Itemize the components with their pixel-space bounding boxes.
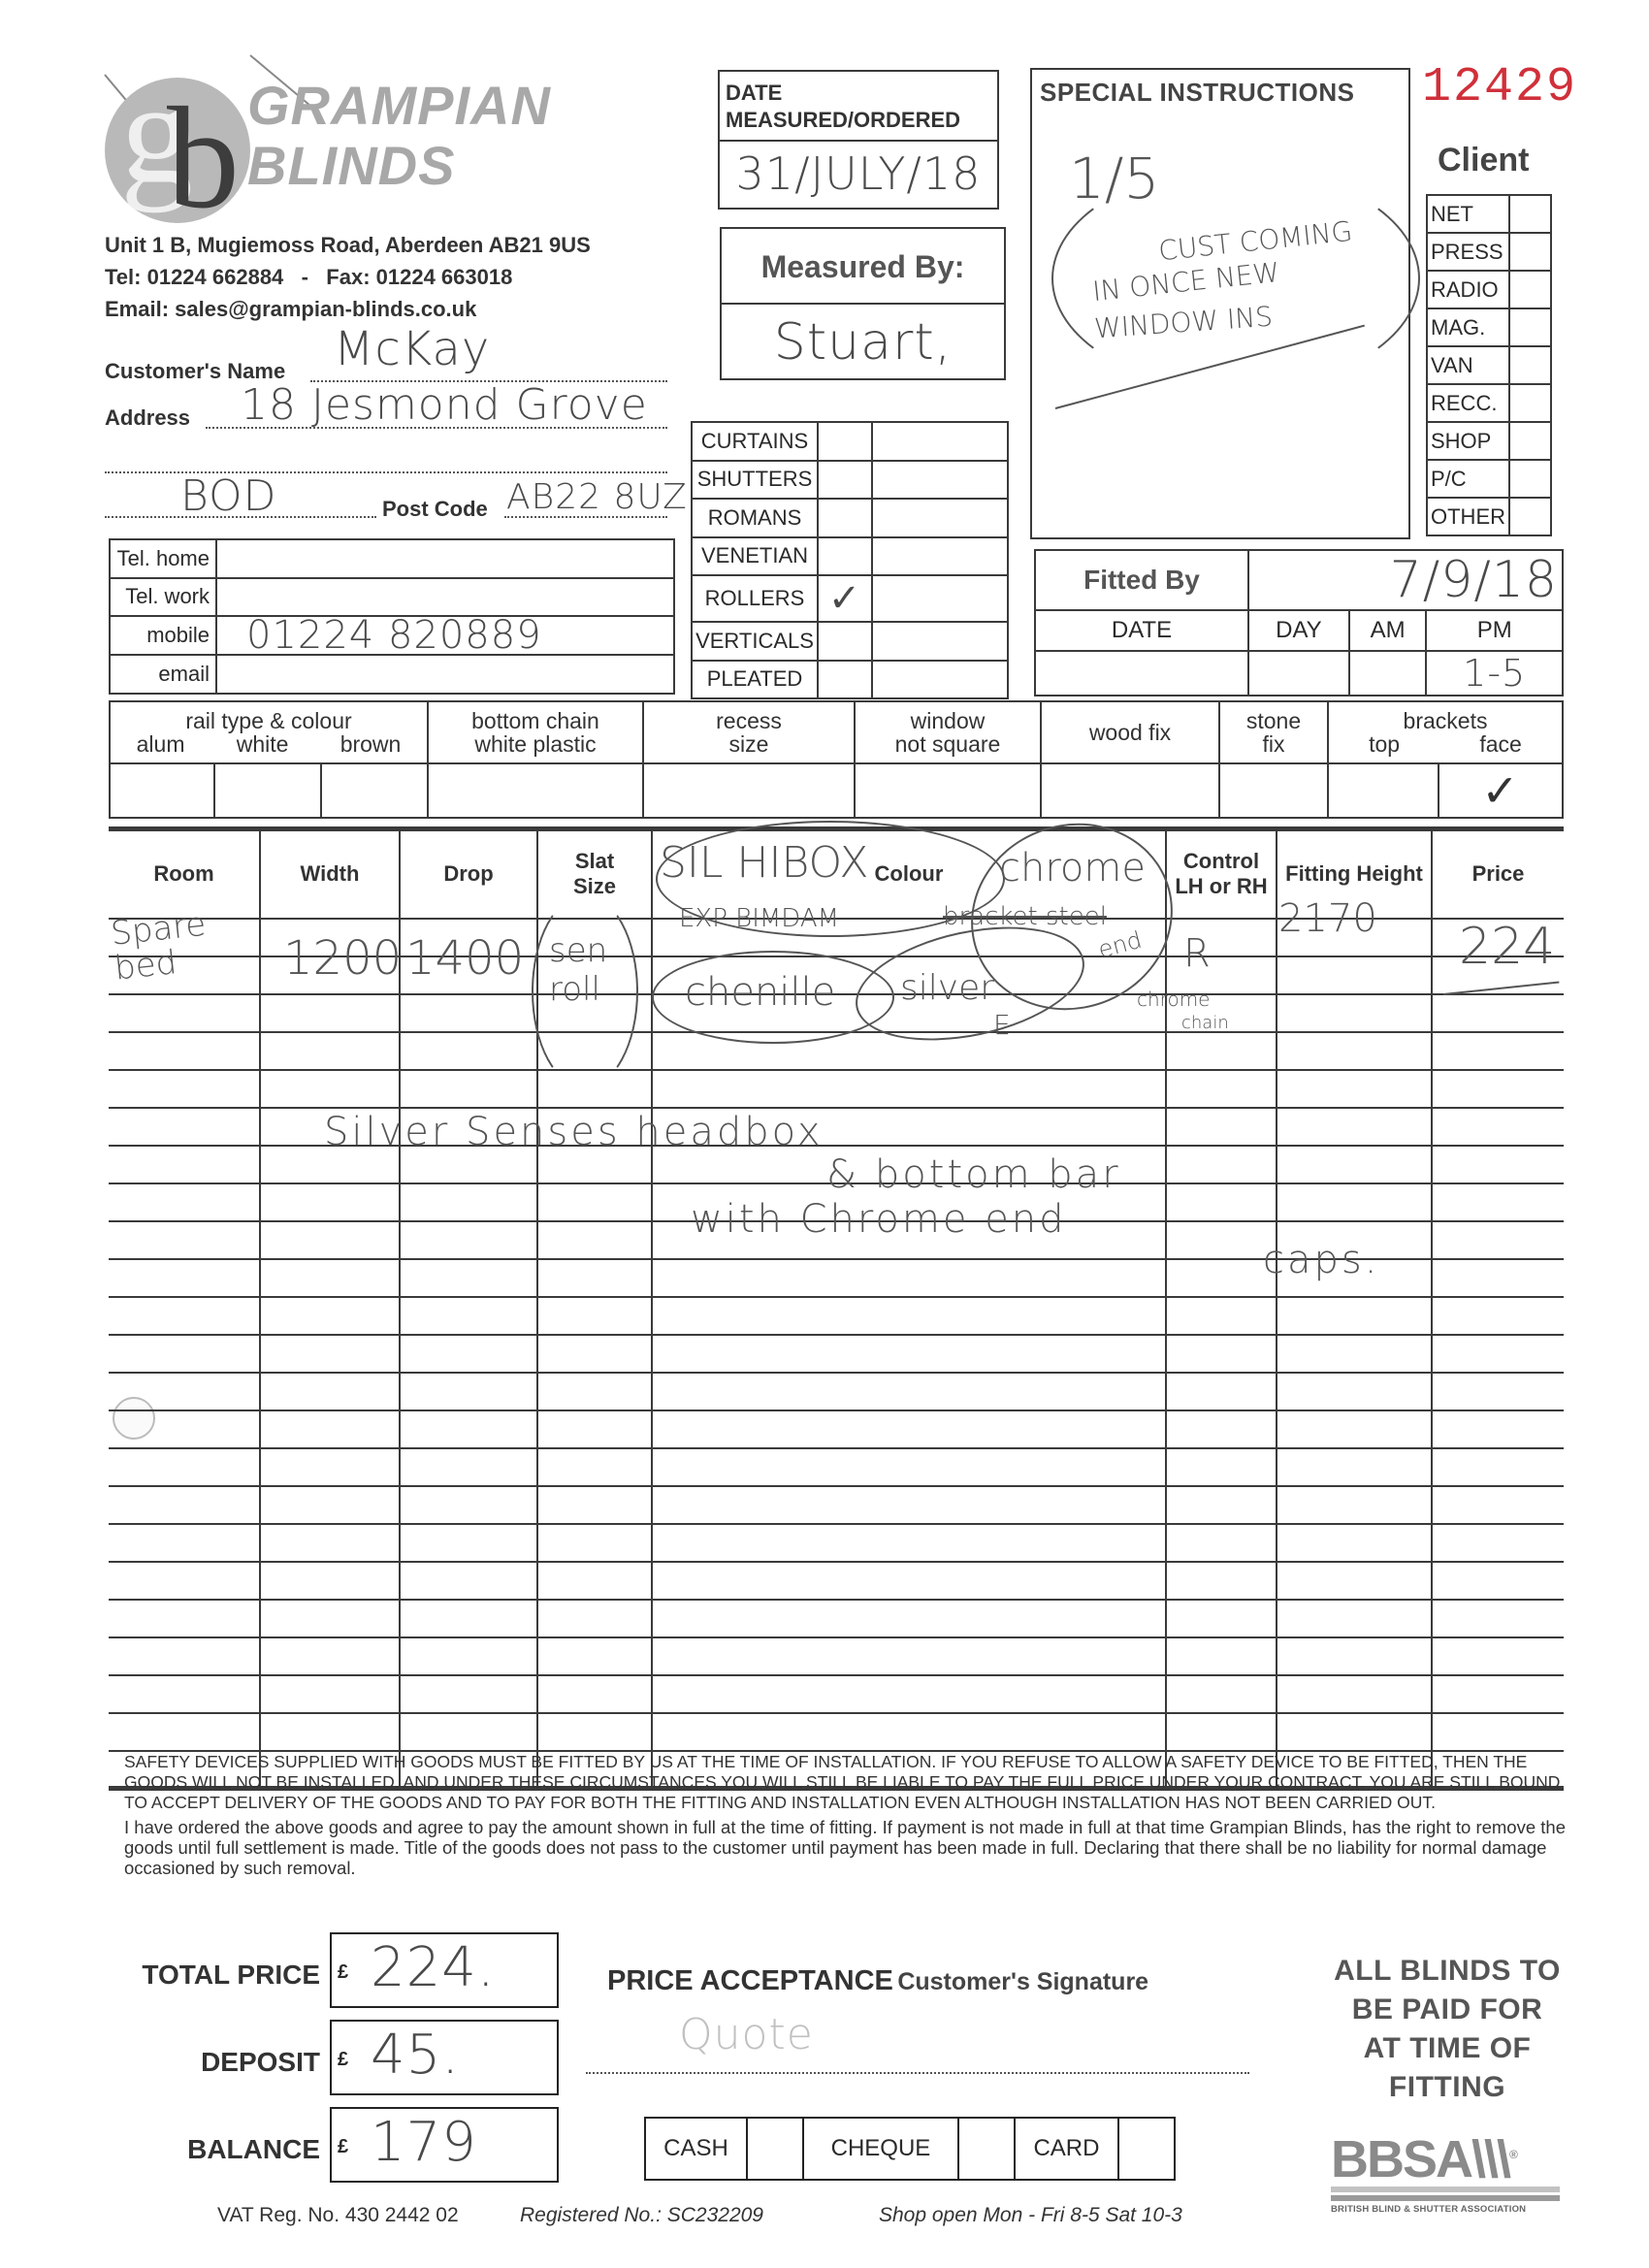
cell-fitting-height[interactable] [1277, 1637, 1432, 1675]
client-source-label: SHOP [1427, 422, 1509, 460]
product-label: VENETIAN [692, 537, 818, 576]
item-note-line-4[interactable]: caps. [1263, 1238, 1379, 1282]
cell-colour[interactable] [652, 1410, 1166, 1448]
cell-room[interactable] [109, 1070, 260, 1108]
client-source-table: NET PRESS RADIO MAG. VAN RECC. SHOP P/C … [1426, 194, 1552, 536]
cell-control[interactable] [1166, 1032, 1277, 1070]
table-row [109, 1600, 1564, 1637]
cell-width[interactable] [260, 1221, 400, 1259]
cell-drop[interactable] [400, 994, 537, 1032]
rail-alum-label: alum [137, 732, 185, 756]
product-type-table: CURTAINS SHUTTERS ROMANS VENETIAN ROLLER… [691, 421, 1009, 699]
customer-name-field[interactable]: McKay [334, 322, 490, 376]
table-row [109, 1335, 1564, 1373]
cell-fitting-height[interactable] [1277, 956, 1432, 994]
item-note-line-1[interactable]: Silver Senses headbox [324, 1110, 824, 1154]
cell-fitting-height[interactable] [1277, 1183, 1432, 1221]
total-price-box: £ 224. [330, 1932, 559, 2008]
cell-drop[interactable] [400, 1562, 537, 1600]
window-not-square-header: windownot square [855, 701, 1041, 763]
product-row: ROMANS [692, 499, 1008, 537]
company-email: Email: sales@grampian-blinds.co.uk [105, 293, 591, 325]
product-checkbox[interactable] [818, 661, 872, 699]
cell-control[interactable] [1166, 1713, 1277, 1751]
product-row: ROLLERS✓ [692, 575, 1008, 622]
cell-colour[interactable] [652, 1562, 1166, 1600]
cell-colour[interactable] [652, 1297, 1166, 1335]
cell-slat[interactable] [537, 1486, 652, 1524]
cell-control[interactable] [1166, 1675, 1277, 1713]
product-label: ROMANS [692, 499, 818, 537]
cell-fitting-height[interactable] [1277, 1032, 1432, 1070]
cell-control[interactable] [1166, 1221, 1277, 1259]
client-source-row: RECC. [1427, 384, 1551, 422]
shop-hours: Shop open Mon - Fri 8-5 Sat 10-3 [879, 2204, 1182, 2227]
fitted-day-field[interactable] [1248, 651, 1349, 696]
contact-label: email [110, 655, 216, 694]
client-source-checkbox[interactable] [1509, 195, 1551, 233]
rail-alum-field[interactable] [110, 763, 214, 818]
deposit-field[interactable]: 45. [371, 2024, 460, 2087]
brackets-top-field[interactable] [1328, 763, 1439, 818]
cell-control[interactable] [1166, 1524, 1277, 1562]
cell-drop[interactable] [400, 1373, 537, 1410]
client-source-label: P/C [1427, 460, 1509, 498]
product-checkbox[interactable] [818, 622, 872, 661]
cell-room[interactable] [109, 1259, 260, 1297]
cell-room[interactable] [109, 1032, 260, 1070]
cell-slat[interactable] [537, 1297, 652, 1335]
logo-letter-b: b [167, 85, 240, 231]
client-source-row: PRESS [1427, 233, 1551, 271]
company-logo-text: GRAMPIAN BLINDS [247, 76, 551, 196]
table-row [109, 1070, 1564, 1108]
fitted-by-date-field[interactable]: 7/9/18 [1248, 550, 1563, 610]
company-phone: Tel: 01224 662884 - Fax: 01224 663018 [105, 261, 591, 293]
cell-colour[interactable] [652, 1335, 1166, 1373]
currency-symbol: £ [338, 2049, 348, 2071]
terms-and-conditions: SAFETY DEVICES SUPPLIED WITH GOODS MUST … [124, 1752, 1579, 1882]
cell-drop[interactable] [400, 1486, 537, 1524]
cell-width[interactable] [260, 1259, 400, 1297]
address-line-1-field[interactable]: 18 Jesmond Grove [241, 380, 648, 430]
cell-price[interactable] [1432, 1221, 1564, 1259]
company-address: Unit 1 B, Mugiemoss Road, Aberdeen AB21 … [105, 229, 591, 261]
cell-colour[interactable] [652, 1070, 1166, 1108]
date-measured-value[interactable]: 31/JULY/18 [720, 142, 997, 200]
cell-width[interactable] [260, 1410, 400, 1448]
cell-slat[interactable] [537, 1183, 652, 1221]
client-source-checkbox[interactable] [1509, 384, 1551, 422]
cell-drop[interactable] [400, 1070, 537, 1108]
cell-width[interactable] [260, 1183, 400, 1221]
cell-price[interactable] [1432, 1637, 1564, 1675]
payment-cheque-checkbox[interactable] [958, 2118, 1015, 2180]
product-notes[interactable] [872, 661, 1008, 699]
payment-card-checkbox[interactable] [1118, 2118, 1175, 2180]
cell-fitting-height[interactable] [1277, 1373, 1432, 1410]
company-name-line1: GRAMPIAN [247, 76, 551, 136]
product-checkbox[interactable] [818, 422, 872, 461]
col-width: Width [260, 829, 400, 919]
cell-colour[interactable] [652, 1448, 1166, 1486]
cell-price[interactable] [1432, 1297, 1564, 1335]
cell-price[interactable] [1432, 1183, 1564, 1221]
cell-slat[interactable] [537, 1335, 652, 1373]
cell-control[interactable] [1166, 1335, 1277, 1373]
cell-room[interactable] [109, 1297, 260, 1335]
items-body [109, 919, 1564, 1789]
client-source-row: VAN [1427, 346, 1551, 384]
cell-slat[interactable] [537, 1637, 652, 1675]
cell-width[interactable] [260, 1297, 400, 1335]
cell-room[interactable] [109, 1637, 260, 1675]
table-row [109, 1032, 1564, 1070]
client-source-row: NET [1427, 195, 1551, 233]
cell-fitting-height[interactable] [1277, 1524, 1432, 1562]
cell-width[interactable] [260, 1524, 400, 1562]
item-note-line-3[interactable]: with Chrome end [691, 1197, 1067, 1242]
cell-control[interactable] [1166, 1637, 1277, 1675]
cell-colour[interactable] [652, 1637, 1166, 1675]
cell-fitting-height[interactable] [1277, 1108, 1432, 1146]
contact-table: Tel. home Tel. work mobile01224 820889 e… [109, 538, 675, 695]
item-control-note[interactable]: chrome [1137, 988, 1210, 1011]
product-label: CURTAINS [692, 422, 818, 461]
postcode-field[interactable]: AB22 8UZ [506, 477, 688, 517]
cell-slat[interactable] [537, 1373, 652, 1410]
measured-by-label: Measured By: [722, 229, 1004, 305]
product-checkbox[interactable] [818, 537, 872, 576]
fitted-values-row: 1-5 [1035, 651, 1563, 696]
cell-width[interactable] [260, 1675, 400, 1713]
cell-price[interactable] [1432, 1259, 1564, 1297]
client-source-checkbox[interactable] [1509, 346, 1551, 384]
mobile-field[interactable]: 01224 820889 [216, 616, 674, 655]
cell-drop[interactable] [400, 1637, 537, 1675]
cell-fitting-height[interactable] [1277, 1562, 1432, 1600]
cell-price[interactable] [1432, 1600, 1564, 1637]
fitted-col-pm: PM [1426, 610, 1563, 651]
contact-row: mobile01224 820889 [110, 616, 674, 655]
product-checkbox[interactable] [818, 499, 872, 537]
date-measured-label: DATE MEASURED/ORDERED [720, 72, 997, 142]
client-source-checkbox[interactable] [1509, 271, 1551, 308]
cell-width[interactable] [260, 994, 400, 1032]
cell-fitting-height[interactable] [1277, 1600, 1432, 1637]
table-row [109, 1524, 1564, 1562]
client-source-checkbox[interactable] [1509, 233, 1551, 271]
cell-room[interactable] [109, 1448, 260, 1486]
client-source-label: NET [1427, 195, 1509, 233]
cell-colour[interactable] [652, 1524, 1166, 1562]
rail-brown-label: brown [340, 732, 402, 756]
company-name-line2: BLINDS [247, 136, 551, 196]
cell-drop[interactable] [400, 1600, 537, 1637]
recess-size-header: recesssize [643, 701, 855, 763]
item-note-line-2[interactable]: & bottom bar [826, 1152, 1121, 1197]
cell-room[interactable] [109, 1410, 260, 1448]
cell-fitting-height[interactable] [1277, 994, 1432, 1032]
cell-fitting-height[interactable] [1277, 1486, 1432, 1524]
cell-drop[interactable] [400, 1524, 537, 1562]
table-row [109, 1713, 1564, 1751]
cell-drop[interactable] [400, 1448, 537, 1486]
payment-method-row: CASH CHEQUE CARD [645, 2118, 1175, 2180]
client-source-label: VAN [1427, 346, 1509, 384]
cell-drop[interactable] [400, 1410, 537, 1448]
product-checkbox[interactable] [818, 461, 872, 500]
cell-price[interactable] [1432, 1675, 1564, 1713]
email-field[interactable] [216, 655, 674, 694]
cell-control[interactable] [1166, 1183, 1277, 1221]
total-price-field[interactable]: 224. [371, 1936, 496, 1999]
product-notes[interactable] [872, 537, 1008, 576]
cell-slat[interactable] [537, 1562, 652, 1600]
annotation-bracket [1051, 167, 1420, 390]
product-checkbox-rollers[interactable]: ✓ [818, 575, 872, 622]
cell-control[interactable] [1166, 1410, 1277, 1448]
cell-slat[interactable] [537, 1524, 652, 1562]
cell-room[interactable] [109, 1486, 260, 1524]
recess-size-field[interactable] [643, 763, 855, 818]
item-price-value[interactable]: 224 [1459, 918, 1555, 976]
item-fitting-height-value[interactable]: 2170 [1278, 896, 1377, 941]
payment-notice: ALL BLINDS TO BE PAID FOR AT TIME OF FIT… [1282, 1952, 1612, 2107]
payment-cheque-label: CHEQUE [803, 2118, 958, 2180]
rail-type-header: rail type & colour alum white brown [110, 701, 428, 763]
cell-width[interactable] [260, 1448, 400, 1486]
item-control-note2[interactable]: chain [1181, 1013, 1229, 1033]
table-row [109, 1373, 1564, 1410]
client-source-label: MAG. [1427, 308, 1509, 346]
cell-colour[interactable] [652, 1600, 1166, 1637]
cell-room[interactable] [109, 1713, 260, 1751]
cell-control[interactable] [1166, 1600, 1277, 1637]
vat-number: VAT Reg. No. 430 2442 02 [217, 2204, 459, 2227]
fitted-col-day: DAY [1248, 610, 1349, 651]
measured-by-box: Measured By: Stuart, [720, 227, 1006, 380]
cell-width[interactable] [260, 1637, 400, 1675]
product-notes[interactable] [872, 461, 1008, 500]
cell-price[interactable] [1432, 1562, 1564, 1600]
fitted-by-table: Fitted By 7/9/18 DATE DAY AM PM 1-5 [1034, 549, 1564, 697]
cell-drop[interactable] [400, 1713, 537, 1751]
client-source-checkbox[interactable] [1509, 308, 1551, 346]
tel-home-field[interactable] [216, 539, 674, 578]
cell-price[interactable] [1432, 1146, 1564, 1183]
contact-label: Tel. home [110, 539, 216, 578]
cell-width[interactable] [260, 1335, 400, 1373]
cell-room[interactable] [109, 1146, 260, 1183]
cell-control[interactable] [1166, 1562, 1277, 1600]
fitted-by-row: Fitted By 7/9/18 [1035, 550, 1563, 610]
client-source-checkbox[interactable] [1509, 460, 1551, 498]
cell-slat[interactable] [537, 1259, 652, 1297]
cell-slat[interactable] [537, 1221, 652, 1259]
cell-price[interactable] [1432, 1373, 1564, 1410]
payment-cash-checkbox[interactable] [747, 2118, 803, 2180]
customer-signature-field[interactable]: Quote [679, 2010, 814, 2059]
cell-fitting-height[interactable] [1277, 1070, 1432, 1108]
client-source-row: P/C [1427, 460, 1551, 498]
address-label: Address [105, 405, 190, 431]
cell-fitting-height[interactable] [1277, 1713, 1432, 1751]
cell-width[interactable] [260, 1373, 400, 1410]
cell-price[interactable] [1432, 1448, 1564, 1486]
cell-control[interactable] [1166, 1146, 1277, 1183]
product-row: SHUTTERS [692, 461, 1008, 500]
cell-drop[interactable] [400, 1259, 537, 1297]
balance-label: BALANCE [116, 2134, 320, 2165]
signature-line [586, 2072, 1249, 2074]
cell-colour[interactable] [652, 1713, 1166, 1751]
product-notes[interactable] [872, 575, 1008, 622]
cell-room[interactable] [109, 1600, 260, 1637]
cell-colour[interactable] [652, 1675, 1166, 1713]
cell-colour[interactable] [652, 1373, 1166, 1410]
product-row: PLEATED [692, 661, 1008, 699]
table-row [109, 1297, 1564, 1335]
cell-room[interactable] [109, 1335, 260, 1373]
cell-price[interactable] [1432, 1335, 1564, 1373]
price-acceptance-label: PRICE ACCEPTANCE Customer's Signature [607, 1965, 1148, 1997]
balance-field[interactable]: 179 [371, 2111, 477, 2174]
cell-slat[interactable] [537, 1675, 652, 1713]
cell-drop[interactable] [400, 1297, 537, 1335]
brackets-face-field[interactable]: ✓ [1439, 763, 1563, 818]
client-source-checkbox[interactable] [1509, 422, 1551, 460]
fitted-pm-field[interactable]: 1-5 [1426, 651, 1563, 696]
col-control: ControlLH or RH [1166, 829, 1277, 919]
table-row [109, 1562, 1564, 1600]
rail-brown-field[interactable] [321, 763, 428, 818]
fitted-col-am: AM [1349, 610, 1427, 651]
window-not-square-field[interactable] [855, 763, 1041, 818]
cell-slat[interactable] [537, 1600, 652, 1637]
cell-drop[interactable] [400, 1032, 537, 1070]
bottom-chain-field[interactable] [428, 763, 643, 818]
cell-price[interactable] [1432, 1524, 1564, 1562]
address-line-3-field[interactable]: BOD [180, 471, 277, 521]
cell-fitting-height[interactable] [1277, 1448, 1432, 1486]
cell-room[interactable] [109, 1108, 260, 1146]
cell-control[interactable] [1166, 1259, 1277, 1297]
cell-room[interactable] [109, 1183, 260, 1221]
cell-drop[interactable] [400, 1221, 537, 1259]
client-source-row: RADIO [1427, 271, 1551, 308]
product-label: PLEATED [692, 661, 818, 699]
cell-slat[interactable] [537, 1713, 652, 1751]
fitted-am-field[interactable] [1349, 651, 1427, 696]
cell-fitting-height[interactable] [1277, 1410, 1432, 1448]
client-source-row: OTHER [1427, 498, 1551, 535]
product-notes[interactable] [872, 422, 1008, 461]
cell-drop[interactable] [400, 1183, 537, 1221]
fitted-date-field[interactable] [1035, 651, 1248, 696]
cell-fitting-height[interactable] [1277, 1146, 1432, 1183]
client-source-checkbox[interactable] [1509, 498, 1551, 535]
rail-white-field[interactable] [214, 763, 321, 818]
cell-width[interactable] [260, 1486, 400, 1524]
measured-by-value[interactable]: Stuart, [722, 305, 1004, 380]
cell-colour[interactable] [652, 1486, 1166, 1524]
cell-room[interactable] [109, 1562, 260, 1600]
cell-room[interactable] [109, 1524, 260, 1562]
product-notes[interactable] [872, 499, 1008, 537]
payment-cash-label: CASH [645, 2118, 747, 2180]
cell-price[interactable] [1432, 1108, 1564, 1146]
wood-fix-field[interactable] [1041, 763, 1219, 818]
cell-width[interactable] [260, 1032, 400, 1070]
cell-price[interactable] [1432, 1486, 1564, 1524]
client-source-label: PRESS [1427, 233, 1509, 271]
cell-drop[interactable] [400, 1335, 537, 1373]
item-drop-value[interactable]: 1400 [405, 931, 524, 986]
cell-control[interactable] [1166, 1297, 1277, 1335]
stone-fix-field[interactable] [1219, 763, 1328, 818]
cell-price[interactable] [1432, 1032, 1564, 1070]
cell-control[interactable] [1166, 1070, 1277, 1108]
cell-price[interactable] [1432, 1070, 1564, 1108]
wood-fix-header: wood fix [1041, 701, 1219, 763]
cell-fitting-height[interactable] [1277, 1297, 1432, 1335]
cell-price[interactable] [1432, 1410, 1564, 1448]
item-width-value[interactable]: 1200 [283, 931, 402, 986]
cell-room[interactable] [109, 1221, 260, 1259]
brackets-header: brackets top face [1328, 701, 1563, 763]
cell-control[interactable] [1166, 1108, 1277, 1146]
product-label: ROLLERS [692, 575, 818, 622]
cell-room[interactable] [109, 1675, 260, 1713]
stone-fix-header: stonefix [1219, 701, 1328, 763]
cell-control[interactable] [1166, 1448, 1277, 1486]
cell-control[interactable] [1166, 1486, 1277, 1524]
contact-row: Tel. work [110, 578, 674, 617]
product-notes[interactable] [872, 622, 1008, 661]
item-control-value[interactable]: R [1183, 931, 1211, 976]
cell-slat[interactable] [537, 1410, 652, 1448]
cell-width[interactable] [260, 1562, 400, 1600]
cell-drop[interactable] [400, 1675, 537, 1713]
rail-spec-header: rail type & colour alum white brown bott… [110, 701, 1563, 763]
cell-room[interactable] [109, 994, 260, 1032]
product-label: SHUTTERS [692, 461, 818, 500]
annotation-circle-hibox [656, 821, 1005, 937]
special-instructions-label: SPECIAL INSTRUCTIONS [1032, 70, 1408, 115]
order-number: 12429 [1422, 60, 1577, 115]
cell-width[interactable] [260, 1600, 400, 1637]
currency-symbol: £ [338, 1961, 348, 1984]
safety-terms: SAFETY DEVICES SUPPLIED WITH GOODS MUST … [124, 1752, 1579, 1813]
cell-room[interactable] [109, 1373, 260, 1410]
cell-colour[interactable] [652, 1259, 1166, 1297]
cell-price[interactable] [1432, 1713, 1564, 1751]
cell-slat[interactable] [537, 1448, 652, 1486]
cell-price[interactable] [1432, 994, 1564, 1032]
cell-width[interactable] [260, 1070, 400, 1108]
table-row [109, 1675, 1564, 1713]
cell-width[interactable] [260, 1713, 400, 1751]
item-room-value[interactable]: Spare bed [110, 903, 242, 986]
cell-fitting-height[interactable] [1277, 1335, 1432, 1373]
rail-white-label: white [237, 732, 289, 756]
cell-fitting-height[interactable] [1277, 1675, 1432, 1713]
product-label: VERTICALS [692, 622, 818, 661]
rail-spec-table: rail type & colour alum white brown bott… [109, 700, 1564, 819]
cell-control[interactable] [1166, 1373, 1277, 1410]
tel-work-field[interactable] [216, 578, 674, 617]
